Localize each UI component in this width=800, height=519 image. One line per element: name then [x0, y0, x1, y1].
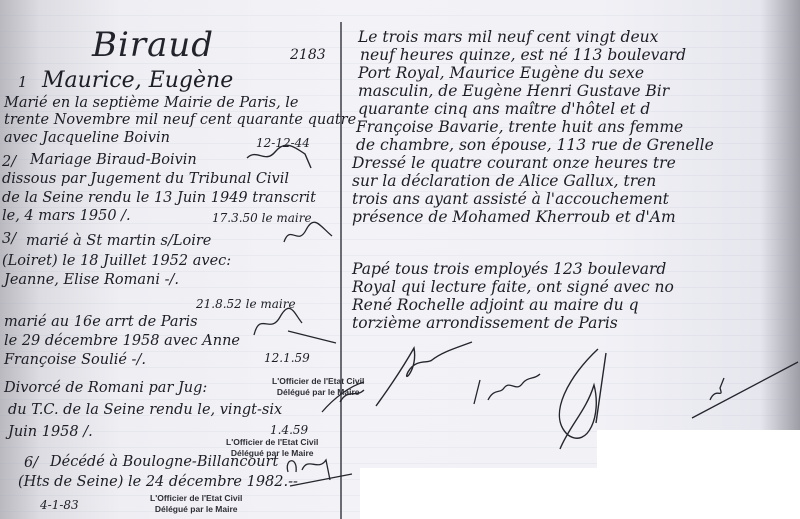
entry-marker: 6/ — [24, 456, 38, 471]
main-text-line: Le trois mars mil neuf cent vingt deux — [358, 30, 658, 46]
margin-line: marié à St martin s/Loire — [26, 234, 211, 249]
main-text-line: René Rochelle adjoint au maire du q — [352, 298, 639, 314]
main-text-line: présence de Mohamed Kherroub et d'Am — [352, 210, 676, 226]
record-number: 2183 — [290, 48, 326, 62]
margin-line: Juin 1958 /. — [8, 425, 93, 440]
margin-line: trente Novembre mil neuf cent quarante q… — [4, 113, 356, 128]
margin-line: de la Seine rendu le 13 Juin 1949 transc… — [2, 191, 316, 206]
margin-line: Mariage Biraud-Boivin — [30, 153, 197, 168]
initials-mark — [320, 378, 380, 422]
margin-line: Marié en la septième Mairie de Paris, le — [4, 96, 299, 111]
registry-page: Biraud 2183 1 Maurice, Eugène Marié en l… — [0, 0, 800, 519]
blank-cutout — [360, 468, 800, 519]
main-text-line: Dressé le quatre courant onze heures tre — [352, 156, 676, 172]
margin-line: (Hts de Seine) le 24 décembre 1982.-- — [18, 475, 298, 490]
annotation-date: 4-1-83 — [40, 499, 79, 511]
surname-heading: Biraud — [92, 28, 214, 62]
entry-marker: 2/ — [2, 155, 16, 170]
margin-line: dissous par Jugement du Tribunal Civil — [2, 172, 289, 187]
annotation-date: 12.1.59 — [264, 352, 310, 364]
main-text-line: Port Royal, Maurice Eugène du sexe — [358, 66, 644, 82]
margin-line: avec Jacqueline Boivin — [4, 131, 170, 146]
margin-line: du T.C. de la Seine rendu le, vingt-six — [8, 403, 282, 418]
signature-gallux — [690, 360, 800, 424]
margin-line: Françoise Soulié -/. — [4, 353, 146, 368]
entry-marker: 3/ — [2, 232, 16, 247]
initials-mark — [245, 140, 315, 174]
entry-marker: 1 — [18, 76, 27, 91]
main-text-line: neuf heures quinze, est né 113 boulevard — [360, 48, 686, 64]
margin-line: le, 4 mars 1950 /. — [2, 209, 131, 224]
column-divider — [340, 22, 342, 519]
main-text-line: quarante cinq ans maître d'hôtel et d — [358, 102, 650, 118]
margin-line: le 29 décembre 1958 avec Anne — [4, 334, 240, 349]
margin-line: Divorcé de Romani par Jug: — [4, 381, 207, 396]
main-text-line: masculin, de Eugène Henri Gustave Bir — [358, 84, 669, 100]
margin-line: (Loiret) le 18 Juillet 1952 avec: — [2, 254, 231, 269]
given-names: Maurice, Eugène — [42, 70, 233, 92]
annotation-date: 1.4.59 — [270, 424, 308, 436]
main-text-line: Françoise Bavarie, trente huit ans femme — [356, 120, 683, 136]
main-text-line: sur la déclaration de Alice Gallux, tren — [352, 174, 656, 190]
main-text-line: trois ans ayant assisté à l'accouchement — [352, 192, 669, 208]
margin-line: marié au 16e arrt de Paris — [4, 315, 198, 330]
signature-rochelle — [372, 340, 482, 414]
initials-mark — [282, 452, 354, 492]
main-text-line: Papé tous trois employés 123 boulevard — [352, 262, 666, 278]
main-text-line: Royal qui lecture faite, ont signé avec … — [352, 280, 674, 296]
initials-mark — [280, 220, 340, 252]
officer-stamp: L'Officier de l'Etat Civil Délégué par l… — [150, 493, 242, 514]
margin-line: Jeanne, Elise Romani -/. — [4, 273, 179, 288]
initials-mark — [248, 305, 338, 349]
main-text-line: de chambre, son épouse, 113 rue de Grene… — [356, 138, 714, 154]
main-text-line: torzième arrondissement de Paris — [352, 316, 618, 332]
